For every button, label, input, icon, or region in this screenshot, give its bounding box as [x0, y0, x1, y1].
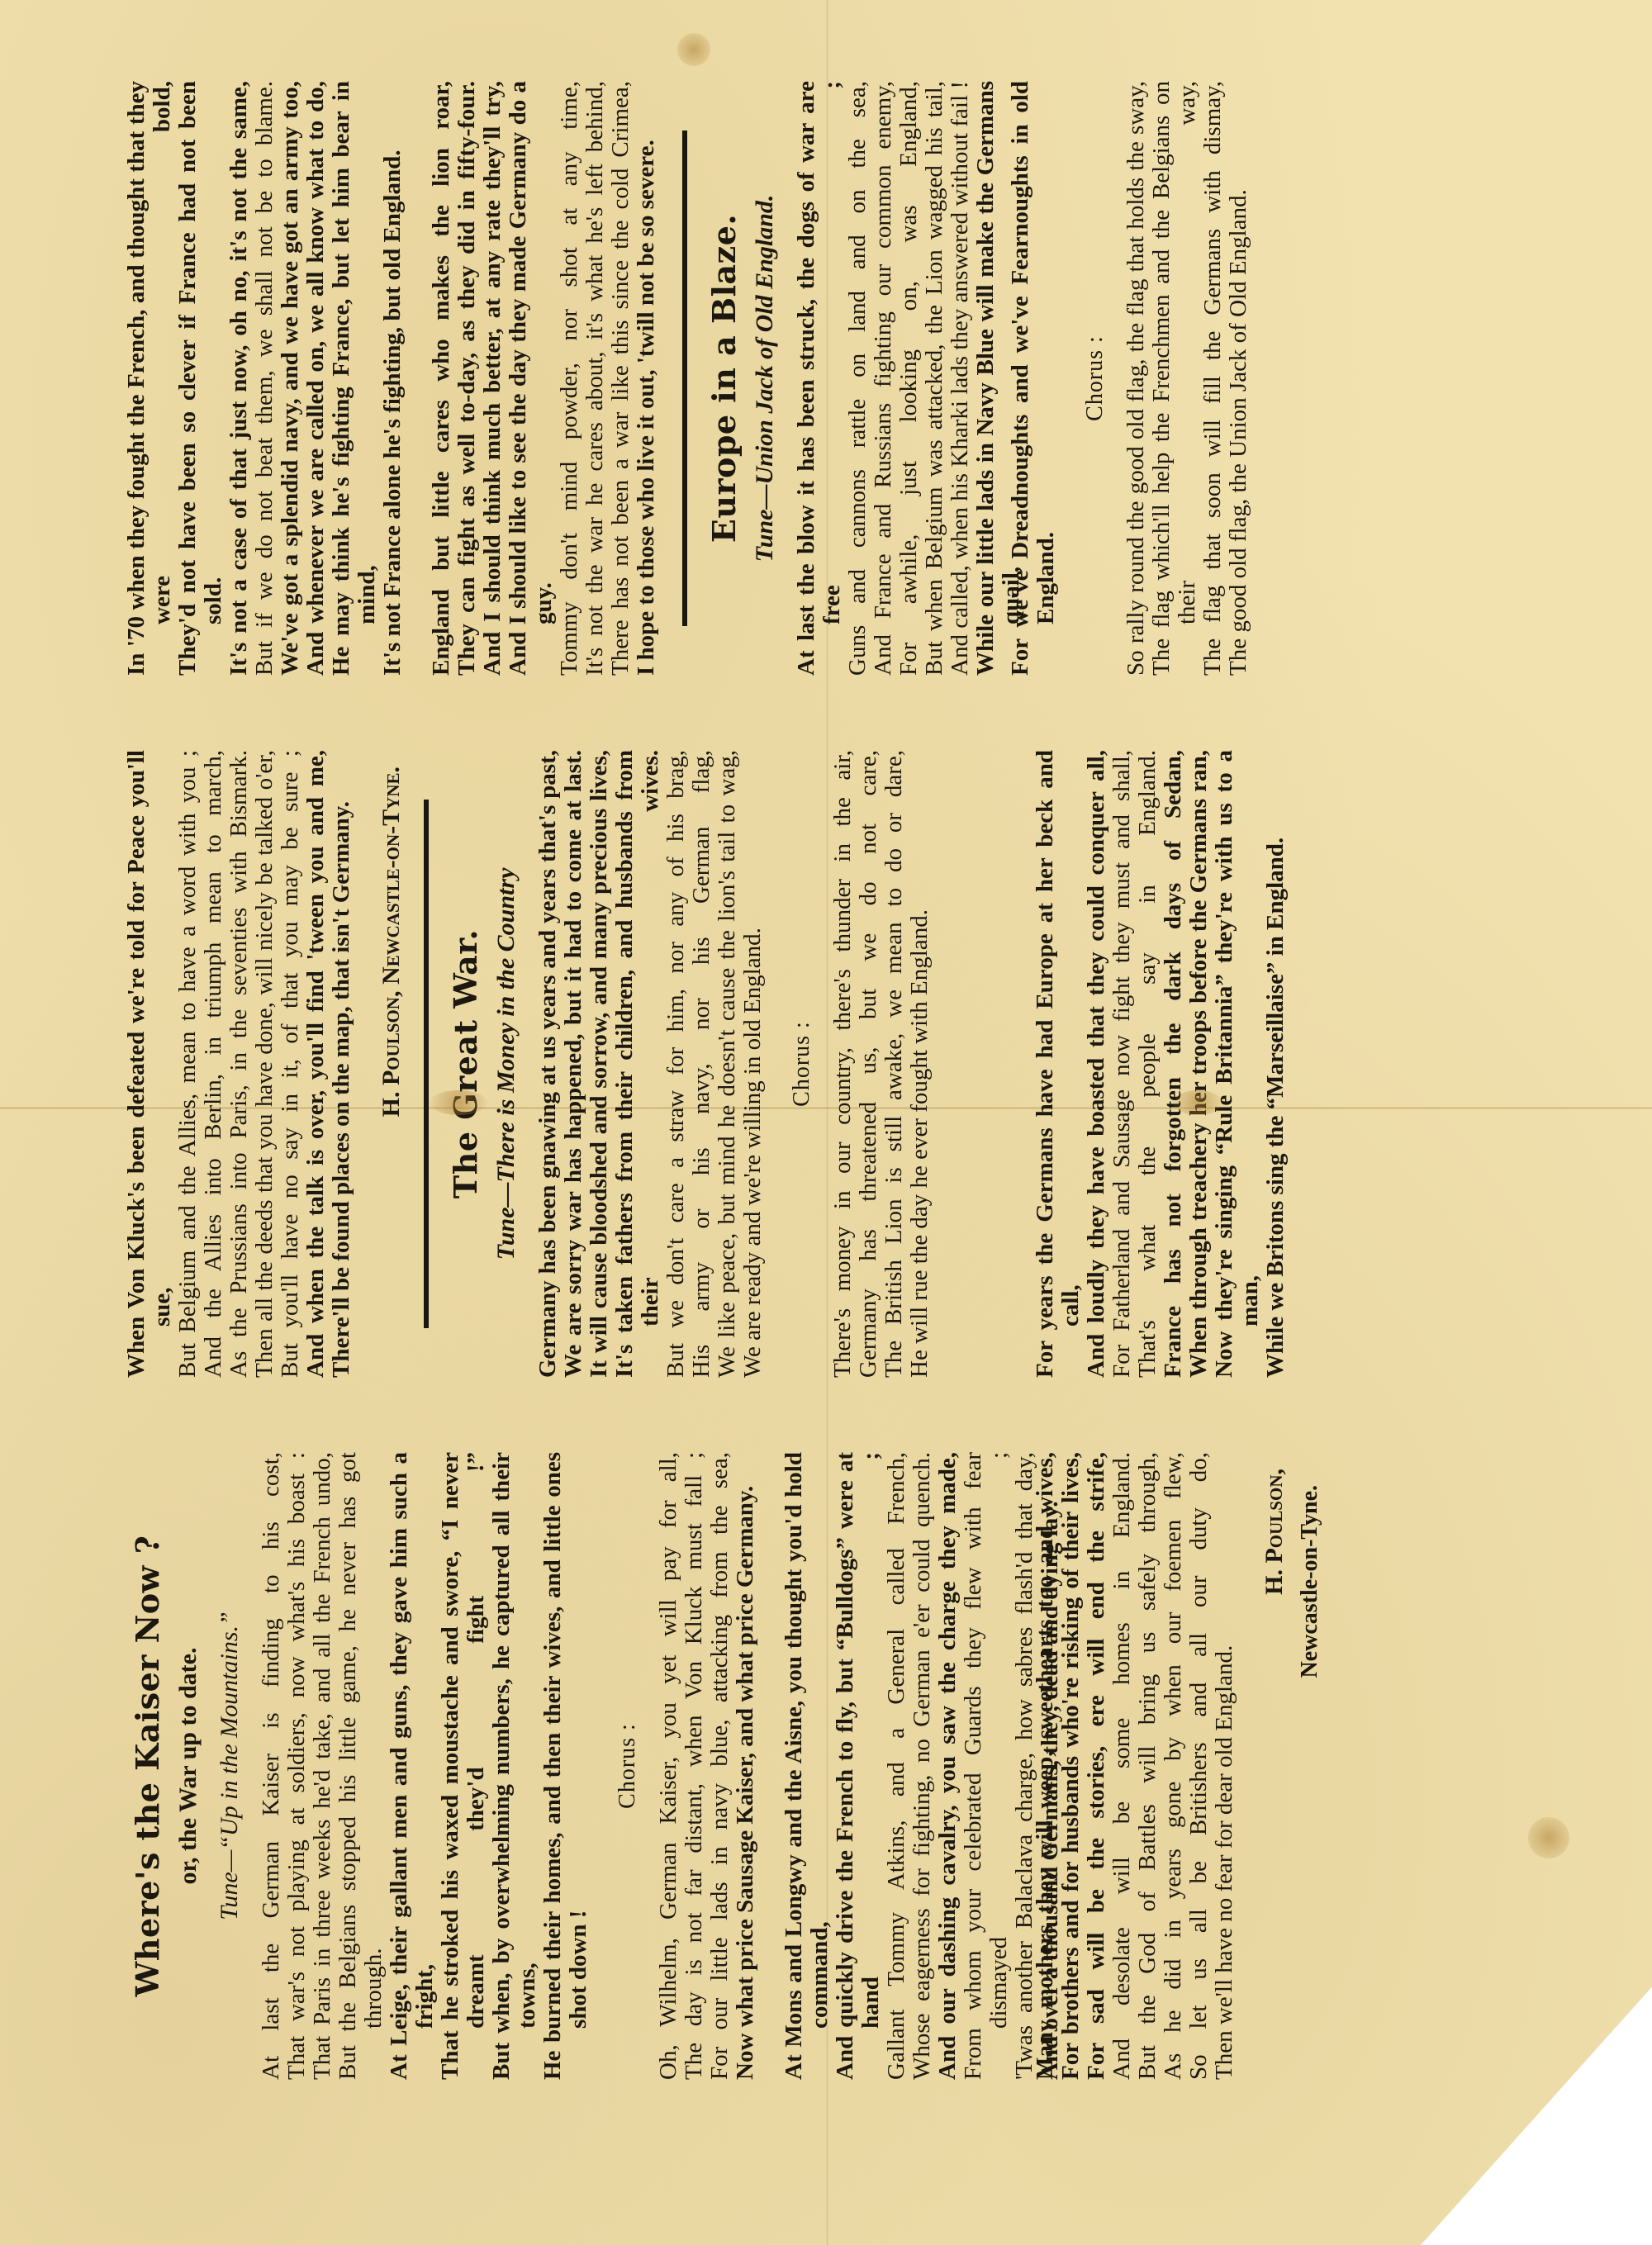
verse-line: And desolate will be some homes in Engla…	[1109, 1452, 1135, 2080]
foxing-stain	[1528, 1817, 1569, 1858]
column-top-band-a: For years the Germans have had Europe at…	[1032, 750, 1312, 1378]
verse-line: That's what the people say in England.	[1135, 750, 1161, 1378]
author-name: H. Poulson,	[1260, 1469, 1289, 2080]
foxing-stain	[1173, 1090, 1222, 1115]
verse-line: France has not forgotten the dark days o…	[1161, 750, 1186, 1378]
verse-line: For sad will be the stories, ere will en…	[1084, 1452, 1109, 2080]
verse-line: And loudly they have boasted that they c…	[1084, 750, 1109, 1378]
verse-line: Many mothers they will weep, sweethearts…	[1032, 1452, 1058, 2080]
stanza: For years the Germans have had Europe at…	[1032, 750, 1289, 1378]
author-place: Newcastle-on-Tyne.	[1297, 1485, 1323, 2080]
verse-line: While we Britons sing the “Marseillaise”…	[1263, 750, 1289, 1378]
verse-line: For brothers and for husbands who're ris…	[1058, 1452, 1084, 2080]
verse-line: Now they're singing “Rule Britannia” the…	[1212, 750, 1263, 1378]
rotated-broadside-top-band: For years the Germans have had Europe at…	[0, 0, 1652, 2245]
foxing-stain	[430, 1090, 487, 1115]
stanza: Many mothers they will weep, sweethearts…	[1032, 1452, 1237, 2080]
verse-line: Then we'll have no fear for dear old Eng…	[1212, 1452, 1237, 2080]
column-top-band-b: Many mothers they will weep, sweethearts…	[1032, 1452, 1323, 2080]
verse-line: But the God of Battles will bring us saf…	[1135, 1452, 1161, 2080]
verse-line: For Fatherland and Sausage now fight the…	[1109, 750, 1135, 1378]
verse-line: So let us all be Britishers and all our …	[1186, 1452, 1212, 2080]
verse-line: When through treachery her troops before…	[1186, 750, 1212, 1378]
foxing-stain	[677, 33, 710, 66]
verse-line: As he did in years gone by when our foem…	[1161, 1452, 1186, 2080]
verse-line: For years the Germans have had Europe at…	[1032, 750, 1084, 1378]
